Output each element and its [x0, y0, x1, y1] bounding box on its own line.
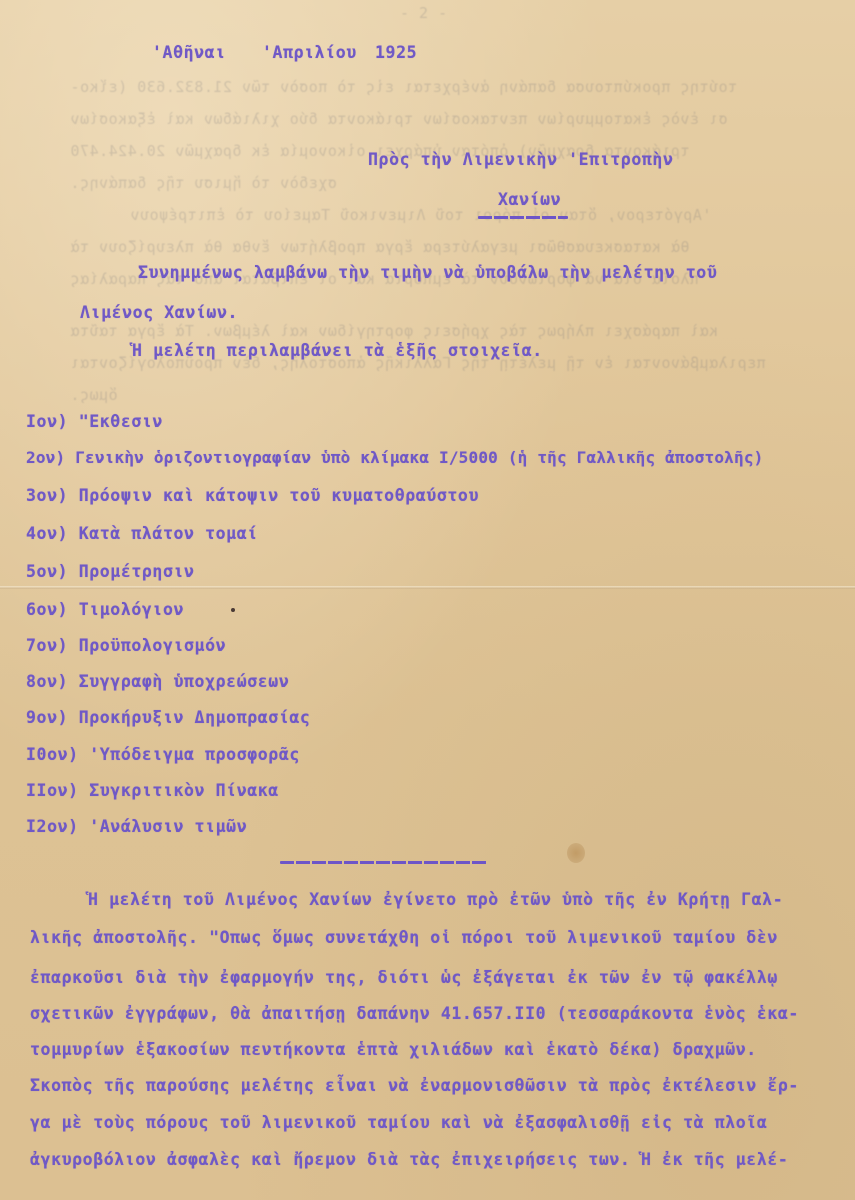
body-line: γα μὲ τοὺς πόρους τοῦ λιμενικοῦ ταμίου κ…	[30, 1113, 767, 1132]
list-item: Ι0ον) 'Υπόδειγμα προσφορᾶς	[26, 745, 300, 764]
page-number: - 2 -	[400, 4, 448, 22]
list-item: Ιον) "Εκθεσιν	[26, 412, 163, 431]
item-text: Τιμολόγιον	[79, 600, 184, 619]
list-item: 3ον) Πρόοψιν καὶ κάτοψιν τοῦ κυματοθραύσ…	[26, 486, 479, 505]
body-line: Σκοπὸς τῆς παρούσης μελέτης εἶναι νὰ ἐνα…	[30, 1076, 799, 1095]
item-text: "Εκθεσιν	[79, 412, 163, 431]
item-text: 'Ανάλυσιν τιμῶν	[89, 817, 247, 836]
list-item: 7ον) Προϋπολογισμόν	[26, 636, 226, 655]
bleed-line: σι ἑνὸς ἑκατομμυρίων πεντακοσίων τριάκον…	[70, 110, 728, 128]
item-number: ΙΙον)	[26, 781, 79, 800]
dateline-month: 'Απριλίου	[262, 43, 357, 62]
intro-line1: Συνημμένως λαμβάνω τὴν τιμὴν νὰ ὑποβάλω …	[138, 263, 717, 282]
item-number: Ι0ον)	[26, 745, 79, 764]
list-item: 9ον) Προκήρυξιν Δημοπρασίας	[26, 708, 310, 727]
item-number: 2ον)	[26, 448, 65, 467]
item-text: Προκήρυξιν Δημοπρασίας	[79, 708, 311, 727]
item-text: 'Υπόδειγμα προσφορᾶς	[89, 745, 300, 764]
item-number: 8ον)	[26, 672, 68, 691]
body-line: Ἡ μελέτη τοῦ Λιμένος Χανίων ἐγίνετο πρὸ …	[88, 890, 783, 909]
paper-fold-crease	[0, 586, 855, 589]
item-number: 6ον)	[26, 600, 68, 619]
body-line: ἐπαρκοῦσι διὰ τὴν ἐφαρμογήν της, διότι ὡ…	[30, 968, 778, 987]
bleed-line: θὰ κατασκευασθῶσι μεγαλύτερα ἔργα προβλή…	[70, 238, 690, 256]
item-text: Κατὰ πλάτον τομαί	[79, 524, 258, 543]
item-text: Πρόοψιν καὶ κάτοψιν τοῦ κυματοθραύστου	[79, 486, 479, 505]
list-item: 6ον) Τιμολόγιον	[26, 600, 184, 619]
addressee-line2: Χανίων	[498, 190, 561, 209]
addressee-underline	[478, 216, 568, 219]
list-item: 4ον) Κατὰ πλάτον τομαί	[26, 524, 258, 543]
item-number: 3ον)	[26, 486, 68, 505]
bleed-line: ὅμως.	[70, 386, 118, 404]
item-number: Ι2ον)	[26, 817, 79, 836]
paper-stain	[567, 843, 585, 863]
dateline-year: 1925	[375, 43, 417, 62]
item-number: 5ον)	[26, 562, 68, 581]
item-text: Συγγραφὴ ὑποχρεώσεων	[79, 672, 290, 691]
bleed-line: σχεδὸν τὸ ἥμισυ τῆς δαπάνης.	[70, 174, 337, 192]
item-text: Προμέτρησιν	[79, 562, 195, 581]
intro-line2: Λιμένος Χανίων.	[80, 303, 238, 322]
list-item: 8ον) Συγγραφὴ ὑποχρεώσεων	[26, 672, 289, 691]
list-item: Ι2ον) 'Ανάλυσιν τιμῶν	[26, 817, 247, 836]
bleed-line: 'Αργότερον, ὅταν οἱ πόροι τοῦ Λιμενικοῦ …	[130, 206, 711, 224]
body-line: λικῆς ἀποστολῆς. "Οπως ὅμως συνετάχθη οἱ…	[30, 928, 778, 947]
bleed-line: καὶ παράσχει πλήρως τὰς χρήσεις φορτηγίδ…	[70, 322, 718, 340]
list-item: ΙΙον) Συγκριτικὸν Πίνακα	[26, 781, 279, 800]
item-number: Ιον)	[26, 412, 68, 431]
ink-speck	[231, 608, 235, 612]
list-item: 2ον) Γενικὴν ὁριζοντιογραφίαν ὑπὸ κλίμακ…	[26, 448, 763, 467]
body-line: σχετικῶν ἐγγράφων, θὰ ἀπαιτήσῃ δαπάνην 4…	[30, 1004, 799, 1023]
item-text: Γενικὴν ὁριζοντιογραφίαν ὑπὸ κλίμακα Ι/5…	[75, 448, 763, 467]
item-text: Προϋπολογισμόν	[79, 636, 226, 655]
item-number: 9ον)	[26, 708, 68, 727]
list-item: 5ον) Προμέτρησιν	[26, 562, 195, 581]
dateline-place: 'Αθῆναι	[152, 43, 226, 62]
bleed-line: τούτης προκύπτουσα δαπάνη ἀνέρχεται εἰς …	[70, 78, 737, 96]
item-number: 4ον)	[26, 524, 68, 543]
item-text: Συγκριτικὸν Πίνακα	[89, 781, 279, 800]
intro-line3: Ἡ μελέτη περιλαμβάνει τὰ ἑξῆς στοιχεῖα.	[132, 341, 543, 360]
body-line: ἀγκυροβόλιον ἀσφαλὲς καὶ ἤρεμον διὰ τὰς …	[30, 1150, 788, 1169]
addressee-line1: Πρὸς τὴν Λιμενικὴν 'Επιτροπὴν	[368, 150, 673, 169]
body-line: τομμυρίων ἑξακοσίων πεντήκοντα ἑπτὰ χιλι…	[30, 1040, 757, 1059]
section-divider	[280, 861, 488, 864]
item-number: 7ον)	[26, 636, 68, 655]
